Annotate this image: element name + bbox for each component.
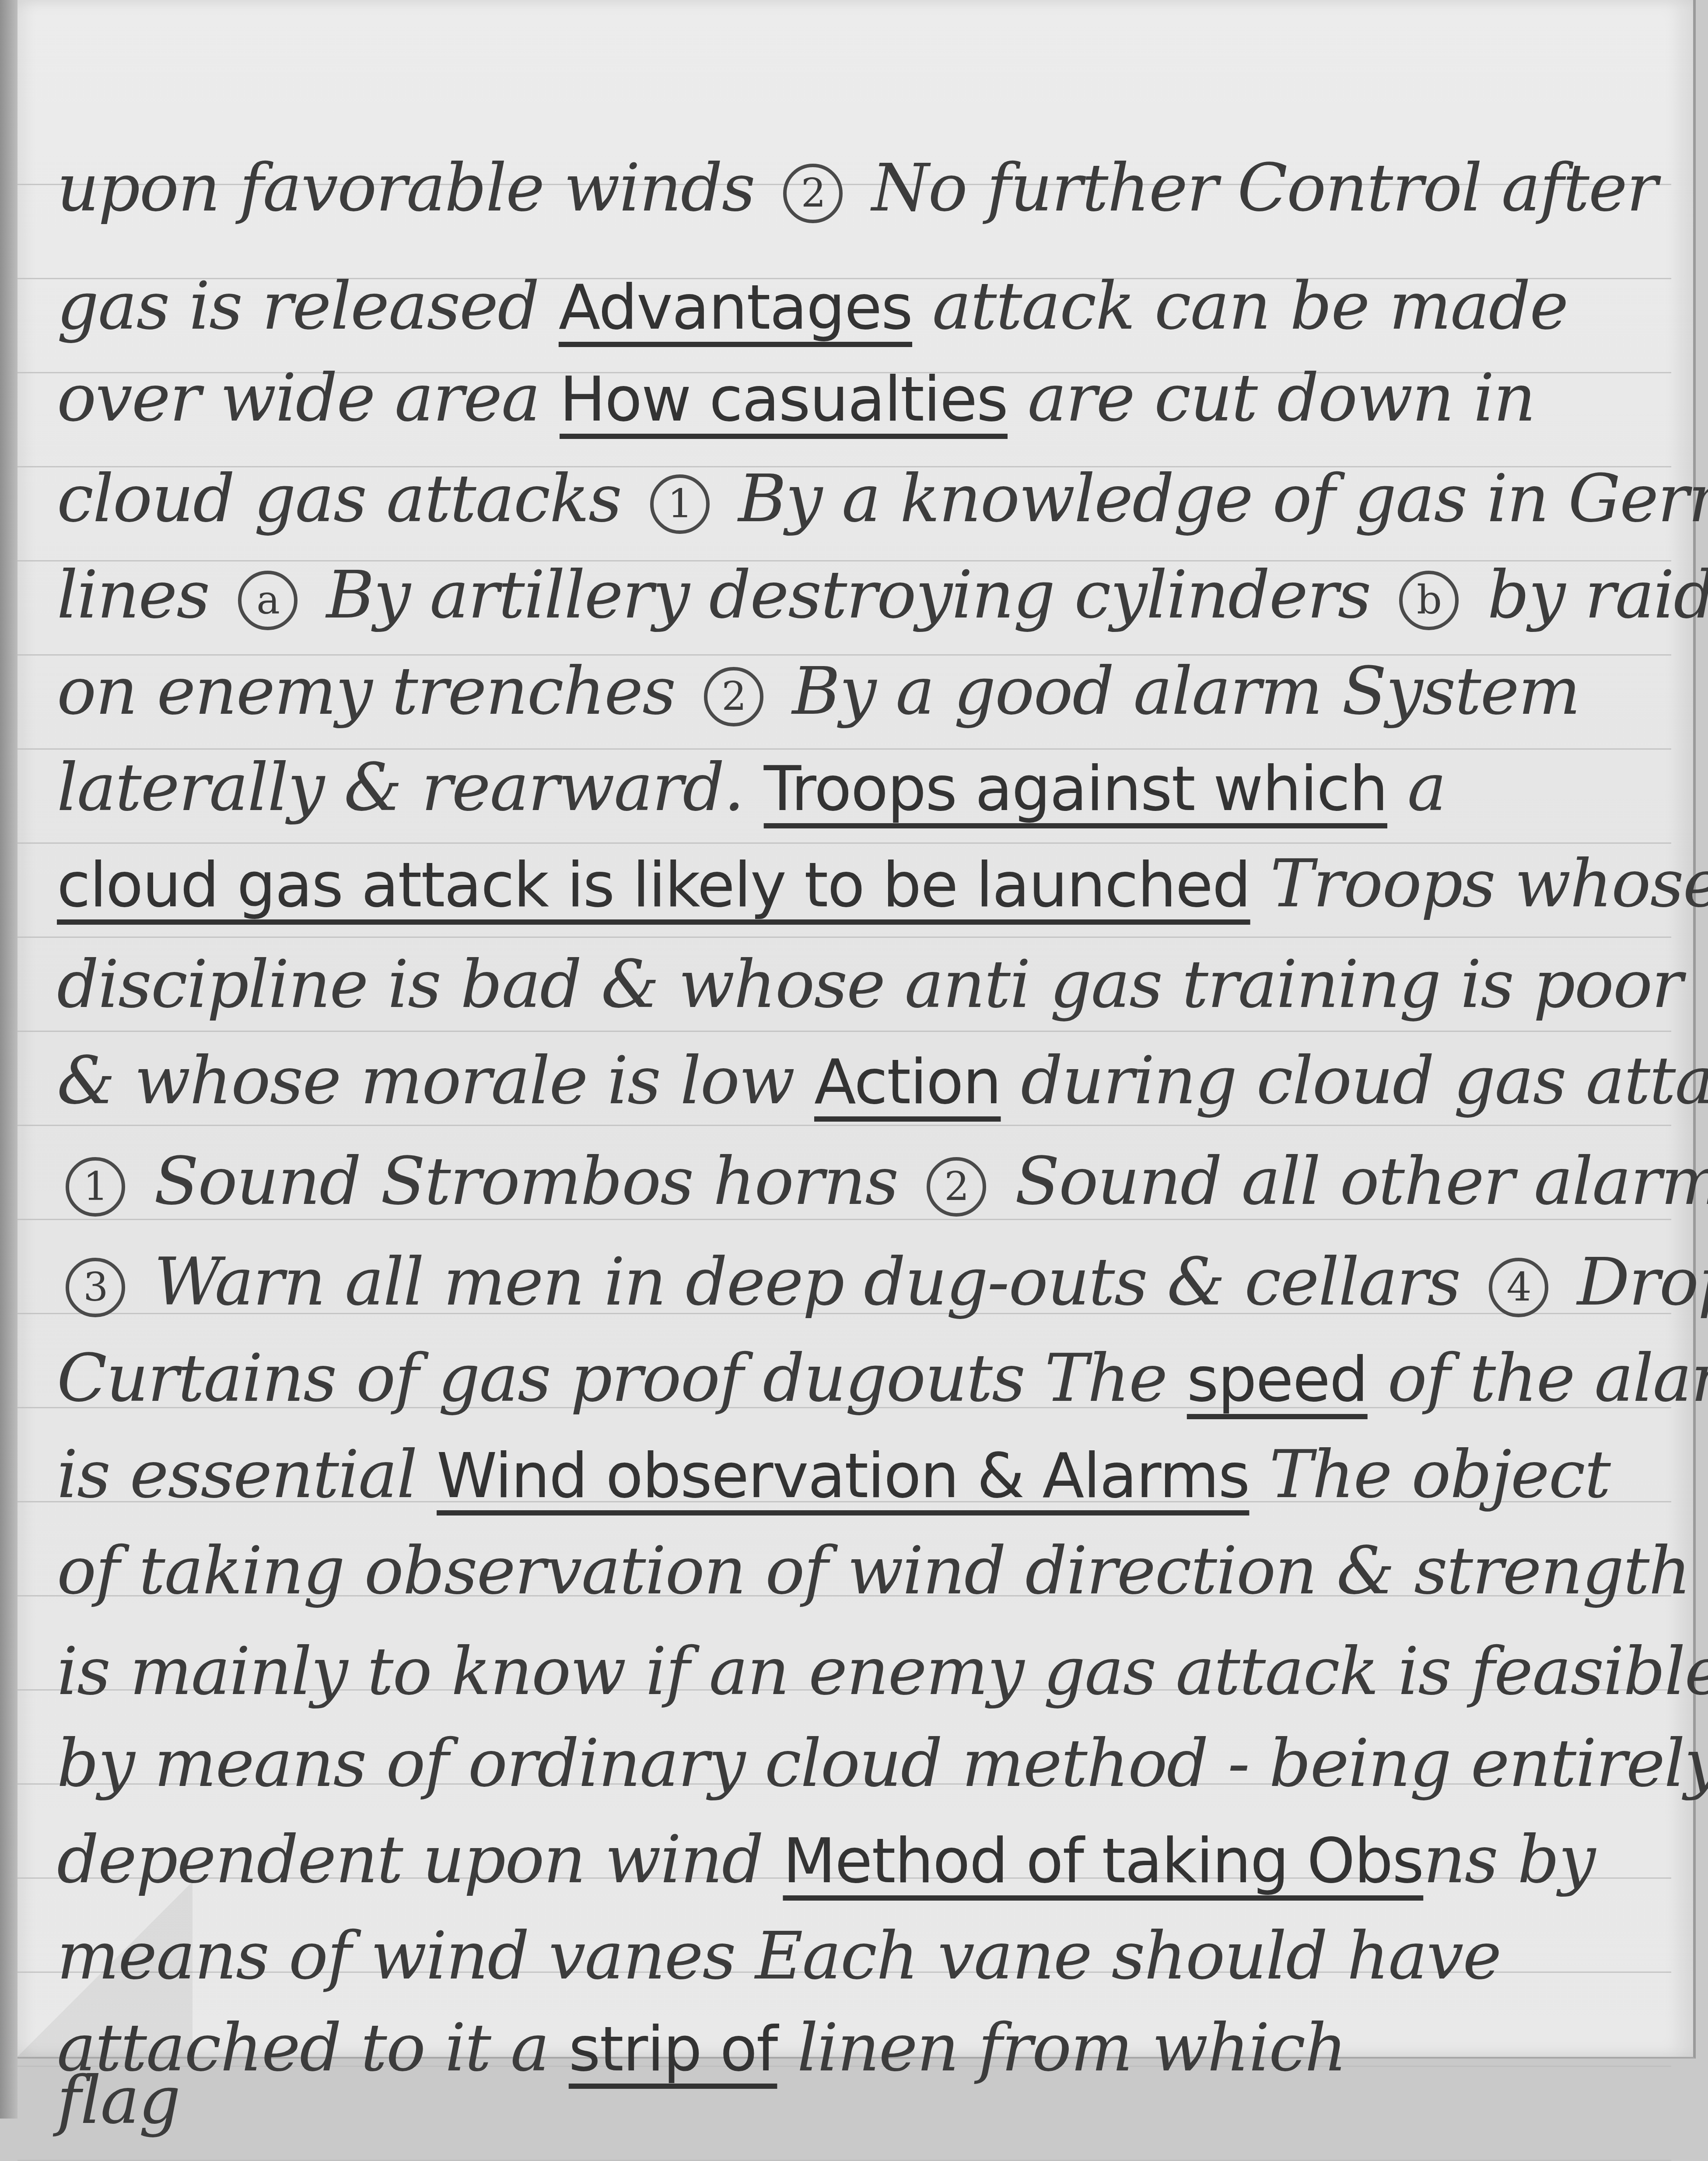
text-segment: lines xyxy=(57,557,229,633)
text-segment: Sound all other alarms xyxy=(995,1144,1708,1220)
text-line: upon favorable winds 2 No further Contro… xyxy=(57,144,1676,232)
text-segment: flag xyxy=(57,2063,180,2119)
circled-number: 1 xyxy=(66,1157,125,1217)
text-line: gas is released Advantages attack can be… xyxy=(57,263,1676,352)
circled-number: a xyxy=(238,571,297,630)
text-segment: The object xyxy=(1249,1437,1610,1513)
text-line: laterally & rearward. Troops against whi… xyxy=(57,744,1676,833)
text-line: means of wind vanes Each vane should hav… xyxy=(57,1912,1676,2000)
text-segment: & whose morale is low xyxy=(57,1043,814,1119)
text-line: lines a By artillery destroying cylinder… xyxy=(57,551,1676,639)
circled-number: b xyxy=(1399,571,1459,630)
circled-number: 1 xyxy=(650,474,710,534)
text-line: dependent upon wind Method of taking Obs… xyxy=(57,1816,1676,1905)
text-segment: By artillery destroying cylinders xyxy=(306,557,1390,633)
text-segment: Troops whose xyxy=(1250,846,1708,922)
text-segment: By a knowledge of gas in German xyxy=(718,461,1708,537)
text-segment: are cut down in xyxy=(1008,360,1535,436)
ruled-line xyxy=(17,1031,1671,1032)
text-segment: on enemy trenches xyxy=(57,653,695,730)
text-line: flag xyxy=(57,2057,1676,2119)
underlined-heading: Troops against which xyxy=(764,754,1387,825)
text-segment: Warn all men in deep dug-outs & cellars xyxy=(134,1244,1480,1320)
underlined-heading: Wind observation & Alarms xyxy=(437,1441,1249,1512)
text-segment: of the alarm xyxy=(1368,1340,1708,1417)
text-segment: By a good alarm System xyxy=(772,653,1580,730)
text-segment: Drop xyxy=(1557,1244,1708,1320)
text-segment: attack can be made xyxy=(912,268,1568,344)
text-line: & whose morale is low Action during clou… xyxy=(57,1037,1676,1126)
text-segment: means of wind vanes Each vane should hav… xyxy=(57,1918,1501,1994)
text-segment: ns by xyxy=(1423,1822,1595,1898)
text-segment: laterally & rearward. xyxy=(57,750,764,826)
underlined-heading: speed xyxy=(1187,1344,1368,1416)
page-corner-fold xyxy=(17,1882,192,2057)
text-segment: of taking observation of wind direction … xyxy=(57,1533,1690,1609)
text-segment: by raids xyxy=(1467,557,1708,633)
text-segment: cloud gas attacks xyxy=(57,461,641,537)
text-line: of taking observation of wind direction … xyxy=(57,1527,1676,1615)
text-line: cloud gas attack is likely to be launche… xyxy=(57,840,1676,930)
circled-number: 3 xyxy=(66,1258,125,1317)
underlined-heading: Advantages xyxy=(559,272,912,344)
text-segment: is mainly to know if an enemy gas attack… xyxy=(57,1634,1708,1710)
text-line: is mainly to know if an enemy gas attack… xyxy=(57,1628,1676,1715)
text-segment: a xyxy=(1387,750,1445,826)
text-line: on enemy trenches 2 By a good alarm Syst… xyxy=(57,648,1676,735)
text-line: over wide area How casualties are cut do… xyxy=(57,354,1676,444)
underlined-heading: How casualties xyxy=(560,364,1008,435)
circled-number: 2 xyxy=(704,667,763,726)
text-segment: Curtains of gas proof dugouts The xyxy=(57,1340,1187,1417)
text-line: discipline is bad & whose anti gas train… xyxy=(57,941,1676,1028)
text-segment: over wide area xyxy=(57,360,560,436)
underlined-heading: Method of taking Obs xyxy=(783,1826,1423,1897)
text-segment: upon favorable winds xyxy=(57,150,774,226)
notebook-spine xyxy=(0,0,17,2119)
ruled-line xyxy=(17,937,1671,938)
text-line: Curtains of gas proof dugouts The speed … xyxy=(57,1335,1676,1424)
text-segment: Sound Strombos horns xyxy=(134,1144,918,1220)
text-line: by means of ordinary cloud method - bein… xyxy=(57,1720,1676,1807)
text-line: cloud gas attacks 1 By a knowledge of ga… xyxy=(57,455,1676,543)
text-segment: discipline is bad & whose anti gas train… xyxy=(57,947,1682,1023)
text-segment: during cloud gas attack xyxy=(1001,1043,1708,1119)
circled-number: 4 xyxy=(1489,1258,1548,1317)
text-line: 3 Warn all men in deep dug-outs & cellar… xyxy=(57,1238,1676,1326)
underlined-heading: cloud gas attack is likely to be launche… xyxy=(57,850,1250,921)
text-line: is essential Wind observation & Alarms T… xyxy=(57,1431,1676,1520)
circled-number: 2 xyxy=(927,1157,986,1217)
underlined-heading: Action xyxy=(814,1047,1001,1118)
text-segment: by means of ordinary cloud method - bein… xyxy=(57,1726,1708,1802)
text-segment: is essential xyxy=(57,1437,437,1513)
text-segment: gas is released xyxy=(57,268,559,344)
text-line: 1 Sound Strombos horns 2 Sound all other… xyxy=(57,1138,1676,1225)
circled-number: 2 xyxy=(783,164,843,223)
text-segment: No further Control after xyxy=(851,150,1657,226)
